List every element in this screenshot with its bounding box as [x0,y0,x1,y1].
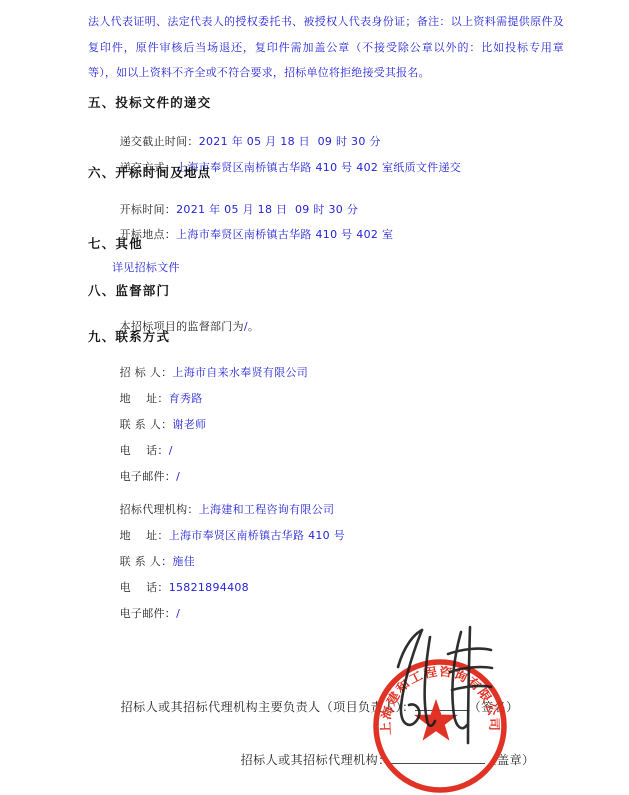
agency-phone-value: 15821894408 [169,581,249,594]
tenderer-name-row: 招 标 人：上海市自来水奉贤有限公司 [112,351,308,380]
company-seal-icon: 上海建和工程咨询有限公司 [376,662,504,790]
other-content: 详见招标文件 [112,259,180,275]
section-9-heading: 九、联系方式 [88,327,170,345]
submission-deadline-row: 递交截止时间：2021 年 05 月 18 日 09 时 30 分 [112,120,381,149]
agency-email-label: 电子邮件： [120,607,177,620]
agency-name-row: 招标代理机构：上海建和工程咨询有限公司 [112,488,334,517]
supervision-suffix: 。 [248,320,259,333]
document-page: { "colors": { "link_blue": "#2323d6", "s… [0,0,629,795]
agency-email-row: 电子邮件：/ [112,592,180,621]
agency-address-row: 地 址：上海市奉贤区南桥镇古华路 410 号 [112,514,345,543]
section-8-heading: 八、监督部门 [88,281,170,299]
method-value: 上海市奉贤区南桥镇古华路 410 号 402 室纸质文件递交 [176,161,461,174]
tenderer-phone-row: 电 话：/ [112,429,173,458]
tenderer-email-row: 电子邮件：/ [112,455,180,484]
seal-blank-line [391,751,485,764]
agency-address-value: 上海市奉贤区南桥镇古华路 410 号 [169,529,345,542]
agency-email-value: / [176,607,180,620]
leader-signature-line: 招标人或其招标代理机构主要负责人（项目负责人）：（签名） [112,684,519,715]
tenderer-person-row: 联 系 人：谢老师 [112,403,206,432]
opening-place-value: 上海市奉贤区南桥镇古华路 410 号 402 室 [176,228,393,241]
intro-paragraph: 法人代表证明、法定代表人的授权委托书、被授权人代表身份证；备注：以上资料需提供原… [88,9,564,86]
section-6-heading: 六、开标时间及地点 [88,163,211,181]
org-seal-prefix: 招标人或其招标代理机构： [241,753,391,767]
tenderer-email-label: 电子邮件： [120,470,177,483]
agency-person-row: 联 系 人：施佳 [112,540,195,569]
org-seal-suffix: （盖章） [485,753,535,767]
tenderer-address-row: 地 址：育秀路 [112,377,203,406]
org-seal-line: 招标人或其招标代理机构：（盖章） [232,737,535,768]
opening-place-row: 开标地点：上海市奉贤区南桥镇古华路 410 号 402 室 [112,213,393,242]
section-5-heading: 五、投标文件的递交 [88,93,211,111]
agency-phone-row: 电 话：15821894408 [112,566,249,595]
leader-signature-suffix: （签名） [469,700,519,714]
leader-signature-prefix: 招标人或其招标代理机构主要负责人（项目负责人）： [121,700,415,714]
section-7-heading: 七、其他 [88,234,143,252]
tenderer-email-value: / [176,470,180,483]
tenderer-person-value: 谢老师 [172,418,206,431]
signature-blank-line [415,698,469,711]
